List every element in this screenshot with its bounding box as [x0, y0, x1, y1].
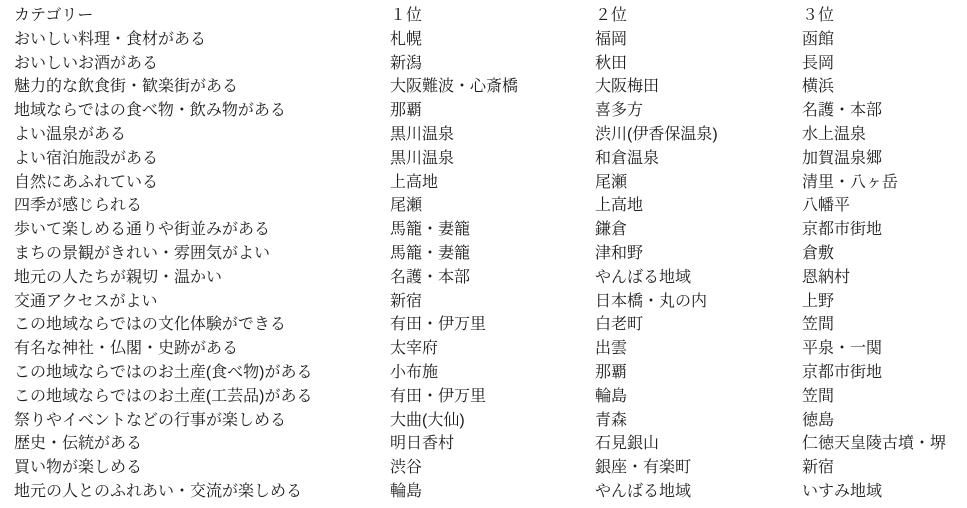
rank2-cell: 尾瀬 — [595, 171, 802, 195]
table-row: 交通アクセスがよい 新宿 日本橋・丸の内 上野 — [0, 290, 967, 314]
rank1-cell: 有田・伊万里 — [390, 313, 595, 337]
rank1-cell: 上高地 — [390, 171, 595, 195]
rank3-cell: 長岡 — [802, 52, 967, 76]
rank2-cell: 青森 — [595, 409, 802, 433]
rank3-cell: いすみ地域 — [802, 480, 967, 504]
table-row: 四季が感じられる 尾瀬 上高地 八幡平 — [0, 194, 967, 218]
rank2-cell: やんばる地域 — [595, 266, 802, 290]
rank2-cell: 石見銀山 — [595, 432, 802, 456]
category-cell: この地域ならではのお土産(工芸品)がある — [0, 385, 390, 409]
rank1-cell: 那覇 — [390, 99, 595, 123]
category-cell: 歴史・伝統がある — [0, 432, 390, 456]
table-row: 買い物が楽しめる 渋谷 銀座・有楽町 新宿 — [0, 456, 967, 480]
rank3-cell: 函館 — [802, 28, 967, 52]
rank1-cell: 大阪難波・心斎橋 — [390, 75, 595, 99]
rank2-cell: 津和野 — [595, 242, 802, 266]
rank3-cell: 恩納村 — [802, 266, 967, 290]
category-cell: よい宿泊施設がある — [0, 147, 390, 171]
rank2-cell: 喜多方 — [595, 99, 802, 123]
rank3-cell: 笠間 — [802, 385, 967, 409]
ranking-table-page: カテゴリー １位 ２位 ３位 おいしい料理・食材がある 札幌 福岡 函館 おいし… — [0, 0, 967, 508]
rank1-cell: 太宰府 — [390, 337, 595, 361]
rank2-cell: 鎌倉 — [595, 218, 802, 242]
rank1-cell: 輪島 — [390, 480, 595, 504]
rank3-cell: 徳島 — [802, 409, 967, 433]
category-cell: おいしい料理・食材がある — [0, 28, 390, 52]
rank1-cell: 黒川温泉 — [390, 147, 595, 171]
header-rank2: ２位 — [595, 4, 802, 28]
rank1-cell: 大曲(大仙) — [390, 409, 595, 433]
rank3-cell: 清里・八ヶ岳 — [802, 171, 967, 195]
rank2-cell: 和倉温泉 — [595, 147, 802, 171]
rank2-cell: 渋川(伊香保温泉) — [595, 123, 802, 147]
rank1-cell: 馬籠・妻籠 — [390, 218, 595, 242]
table-row: 地元の人たちが親切・温かい 名護・本部 やんばる地域 恩納村 — [0, 266, 967, 290]
table-row: この地域ならではのお土産(工芸品)がある 有田・伊万里 輪島 笠間 — [0, 385, 967, 409]
table-row: おいしいお酒がある 新潟 秋田 長岡 — [0, 52, 967, 76]
table-row: まちの景観がきれい・雰囲気がよい 馬籠・妻籠 津和野 倉敷 — [0, 242, 967, 266]
category-cell: この地域ならではの文化体験ができる — [0, 313, 390, 337]
category-cell: 有名な神社・仏閣・史跡がある — [0, 337, 390, 361]
rank1-cell: 新潟 — [390, 52, 595, 76]
table-row: 地域ならではの食べ物・飲み物がある 那覇 喜多方 名護・本部 — [0, 99, 967, 123]
category-cell: 魅力的な飲食街・歓楽街がある — [0, 75, 390, 99]
rank2-cell: やんばる地域 — [595, 480, 802, 504]
header-rank1: １位 — [390, 4, 595, 28]
rank3-cell: 上野 — [802, 290, 967, 314]
category-cell: 地元の人とのふれあい・交流が楽しめる — [0, 480, 390, 504]
rank1-cell: 明日香村 — [390, 432, 595, 456]
header-row: カテゴリー １位 ２位 ３位 — [0, 4, 967, 28]
rank2-cell: 上高地 — [595, 194, 802, 218]
table-row: この地域ならではの文化体験ができる 有田・伊万里 白老町 笠間 — [0, 313, 967, 337]
rank3-cell: 八幡平 — [802, 194, 967, 218]
category-cell: 交通アクセスがよい — [0, 290, 390, 314]
rank1-cell: 黒川温泉 — [390, 123, 595, 147]
rank1-cell: 有田・伊万里 — [390, 385, 595, 409]
category-cell: この地域ならではのお土産(食べ物)がある — [0, 361, 390, 385]
category-cell: 地域ならではの食べ物・飲み物がある — [0, 99, 390, 123]
rank1-cell: 尾瀬 — [390, 194, 595, 218]
category-cell: 自然にあふれている — [0, 171, 390, 195]
rank2-cell: 大阪梅田 — [595, 75, 802, 99]
rank1-cell: 札幌 — [390, 28, 595, 52]
rank1-cell: 小布施 — [390, 361, 595, 385]
header-rank3: ３位 — [802, 4, 967, 28]
category-cell: 祭りやイベントなどの行事が楽しめる — [0, 409, 390, 433]
category-cell: 四季が感じられる — [0, 194, 390, 218]
ranking-table: カテゴリー １位 ２位 ３位 おいしい料理・食材がある 札幌 福岡 函館 おいし… — [0, 4, 967, 504]
rank2-cell: 福岡 — [595, 28, 802, 52]
rank3-cell: 仁徳天皇陵古墳・堺 — [802, 432, 967, 456]
table-row: 魅力的な飲食街・歓楽街がある 大阪難波・心斎橋 大阪梅田 横浜 — [0, 75, 967, 99]
table-row: 祭りやイベントなどの行事が楽しめる 大曲(大仙) 青森 徳島 — [0, 409, 967, 433]
header-category: カテゴリー — [0, 4, 390, 28]
table-body: おいしい料理・食材がある 札幌 福岡 函館 おいしいお酒がある 新潟 秋田 長岡… — [0, 28, 967, 504]
rank3-cell: 加賀温泉郷 — [802, 147, 967, 171]
table-row: おいしい料理・食材がある 札幌 福岡 函館 — [0, 28, 967, 52]
table-row: 歴史・伝統がある 明日香村 石見銀山 仁徳天皇陵古墳・堺 — [0, 432, 967, 456]
table-row: この地域ならではのお土産(食べ物)がある 小布施 那覇 京都市街地 — [0, 361, 967, 385]
category-cell: 地元の人たちが親切・温かい — [0, 266, 390, 290]
rank3-cell: 水上温泉 — [802, 123, 967, 147]
rank2-cell: 秋田 — [595, 52, 802, 76]
table-row: よい宿泊施設がある 黒川温泉 和倉温泉 加賀温泉郷 — [0, 147, 967, 171]
rank3-cell: 倉敷 — [802, 242, 967, 266]
rank3-cell: 名護・本部 — [802, 99, 967, 123]
rank2-cell: 出雲 — [595, 337, 802, 361]
rank2-cell: 白老町 — [595, 313, 802, 337]
rank3-cell: 平泉・一関 — [802, 337, 967, 361]
category-cell: 買い物が楽しめる — [0, 456, 390, 480]
category-cell: まちの景観がきれい・雰囲気がよい — [0, 242, 390, 266]
rank1-cell: 新宿 — [390, 290, 595, 314]
rank1-cell: 渋谷 — [390, 456, 595, 480]
table-row: 有名な神社・仏閣・史跡がある 太宰府 出雲 平泉・一関 — [0, 337, 967, 361]
table-row: 自然にあふれている 上高地 尾瀬 清里・八ヶ岳 — [0, 171, 967, 195]
rank3-cell: 笠間 — [802, 313, 967, 337]
table-row: よい温泉がある 黒川温泉 渋川(伊香保温泉) 水上温泉 — [0, 123, 967, 147]
rank3-cell: 横浜 — [802, 75, 967, 99]
category-cell: おいしいお酒がある — [0, 52, 390, 76]
rank2-cell: 輪島 — [595, 385, 802, 409]
category-cell: よい温泉がある — [0, 123, 390, 147]
rank2-cell: 那覇 — [595, 361, 802, 385]
rank2-cell: 日本橋・丸の内 — [595, 290, 802, 314]
rank3-cell: 京都市街地 — [802, 218, 967, 242]
rank1-cell: 名護・本部 — [390, 266, 595, 290]
rank1-cell: 馬籠・妻籠 — [390, 242, 595, 266]
table-row: 地元の人とのふれあい・交流が楽しめる 輪島 やんばる地域 いすみ地域 — [0, 480, 967, 504]
category-cell: 歩いて楽しめる通りや街並みがある — [0, 218, 390, 242]
table-row: 歩いて楽しめる通りや街並みがある 馬籠・妻籠 鎌倉 京都市街地 — [0, 218, 967, 242]
rank3-cell: 新宿 — [802, 456, 967, 480]
rank3-cell: 京都市街地 — [802, 361, 967, 385]
rank2-cell: 銀座・有楽町 — [595, 456, 802, 480]
